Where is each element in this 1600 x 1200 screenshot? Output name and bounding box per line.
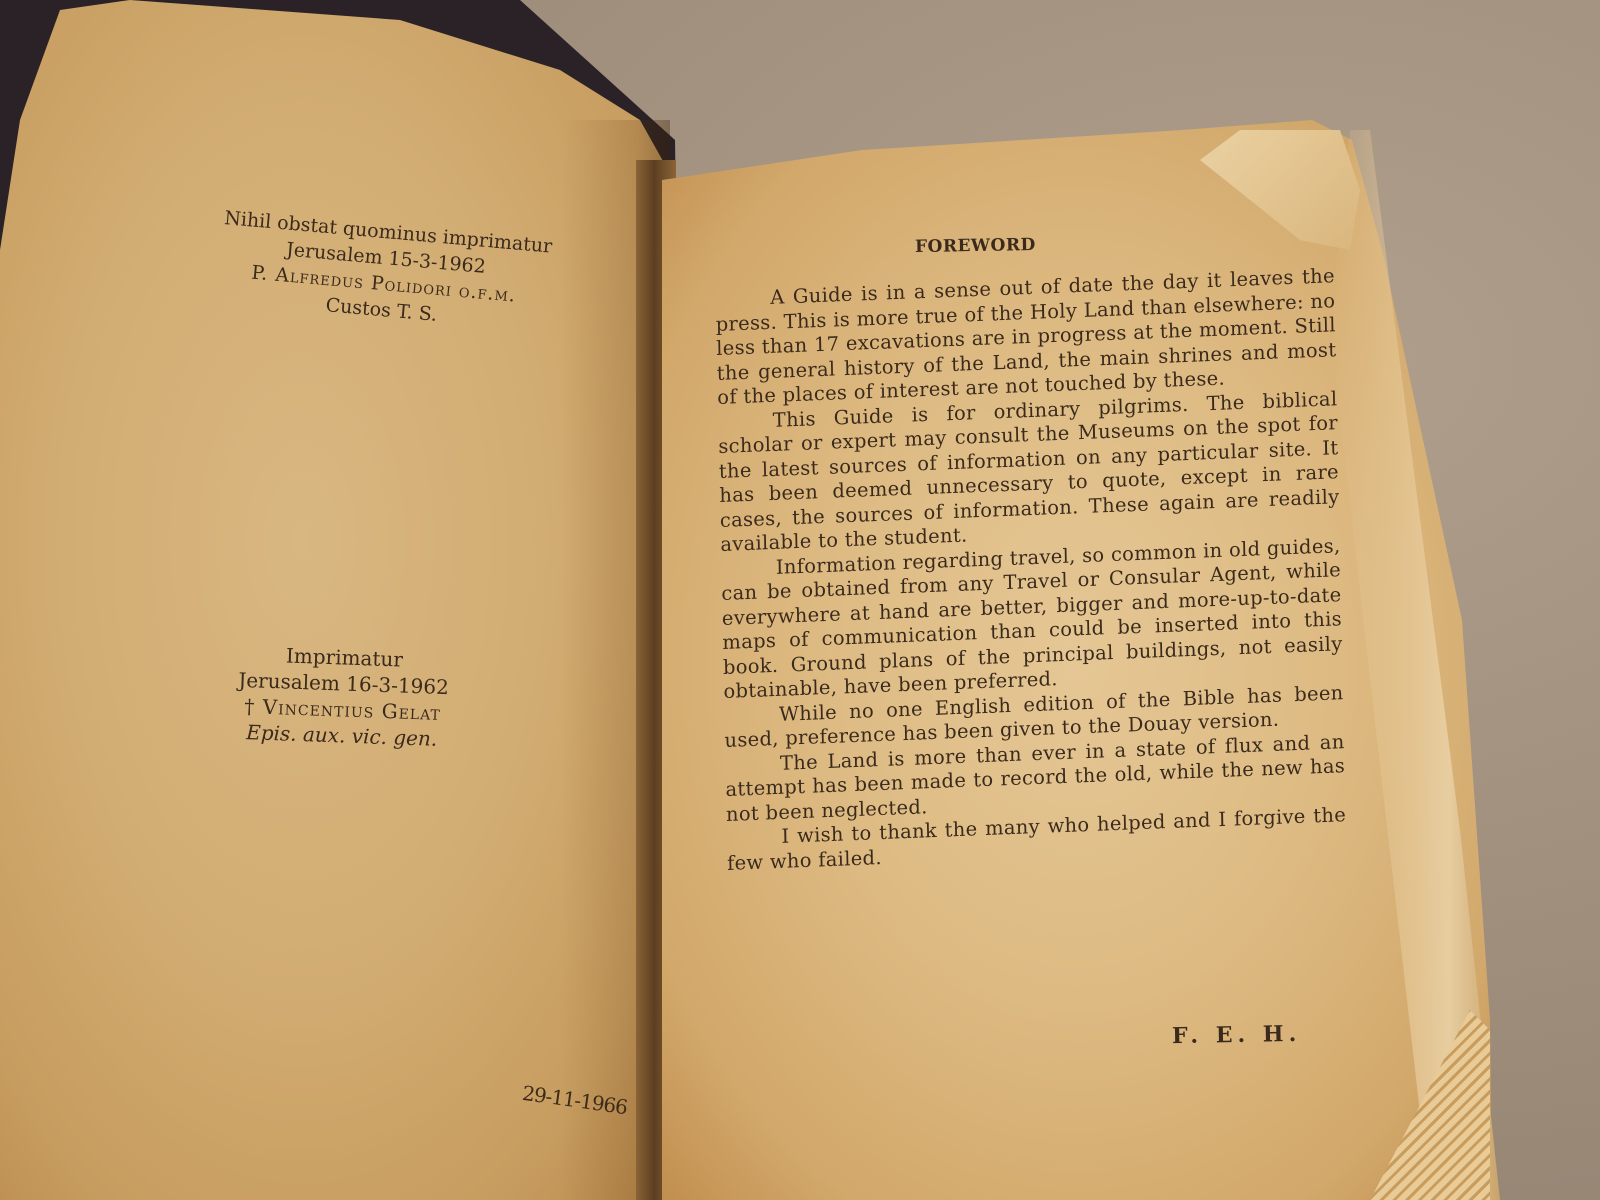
foreword-paragraph: Information regarding travel, so common … [721,534,1344,705]
foreword-paragraph: A Guide is in a sense out of date the da… [715,264,1337,410]
imprimatur-block: Imprimatur Jerusalem 16-3-1962 † Vincent… [211,640,474,753]
foreword-body: A Guide is in a sense out of date the da… [715,264,1347,876]
foreword-signature: F. E. H. [1172,1021,1302,1049]
foreword-title: FOREWORD [915,235,1036,257]
foreword-paragraph: This Guide is for ordinary pilgrims. The… [718,387,1341,558]
